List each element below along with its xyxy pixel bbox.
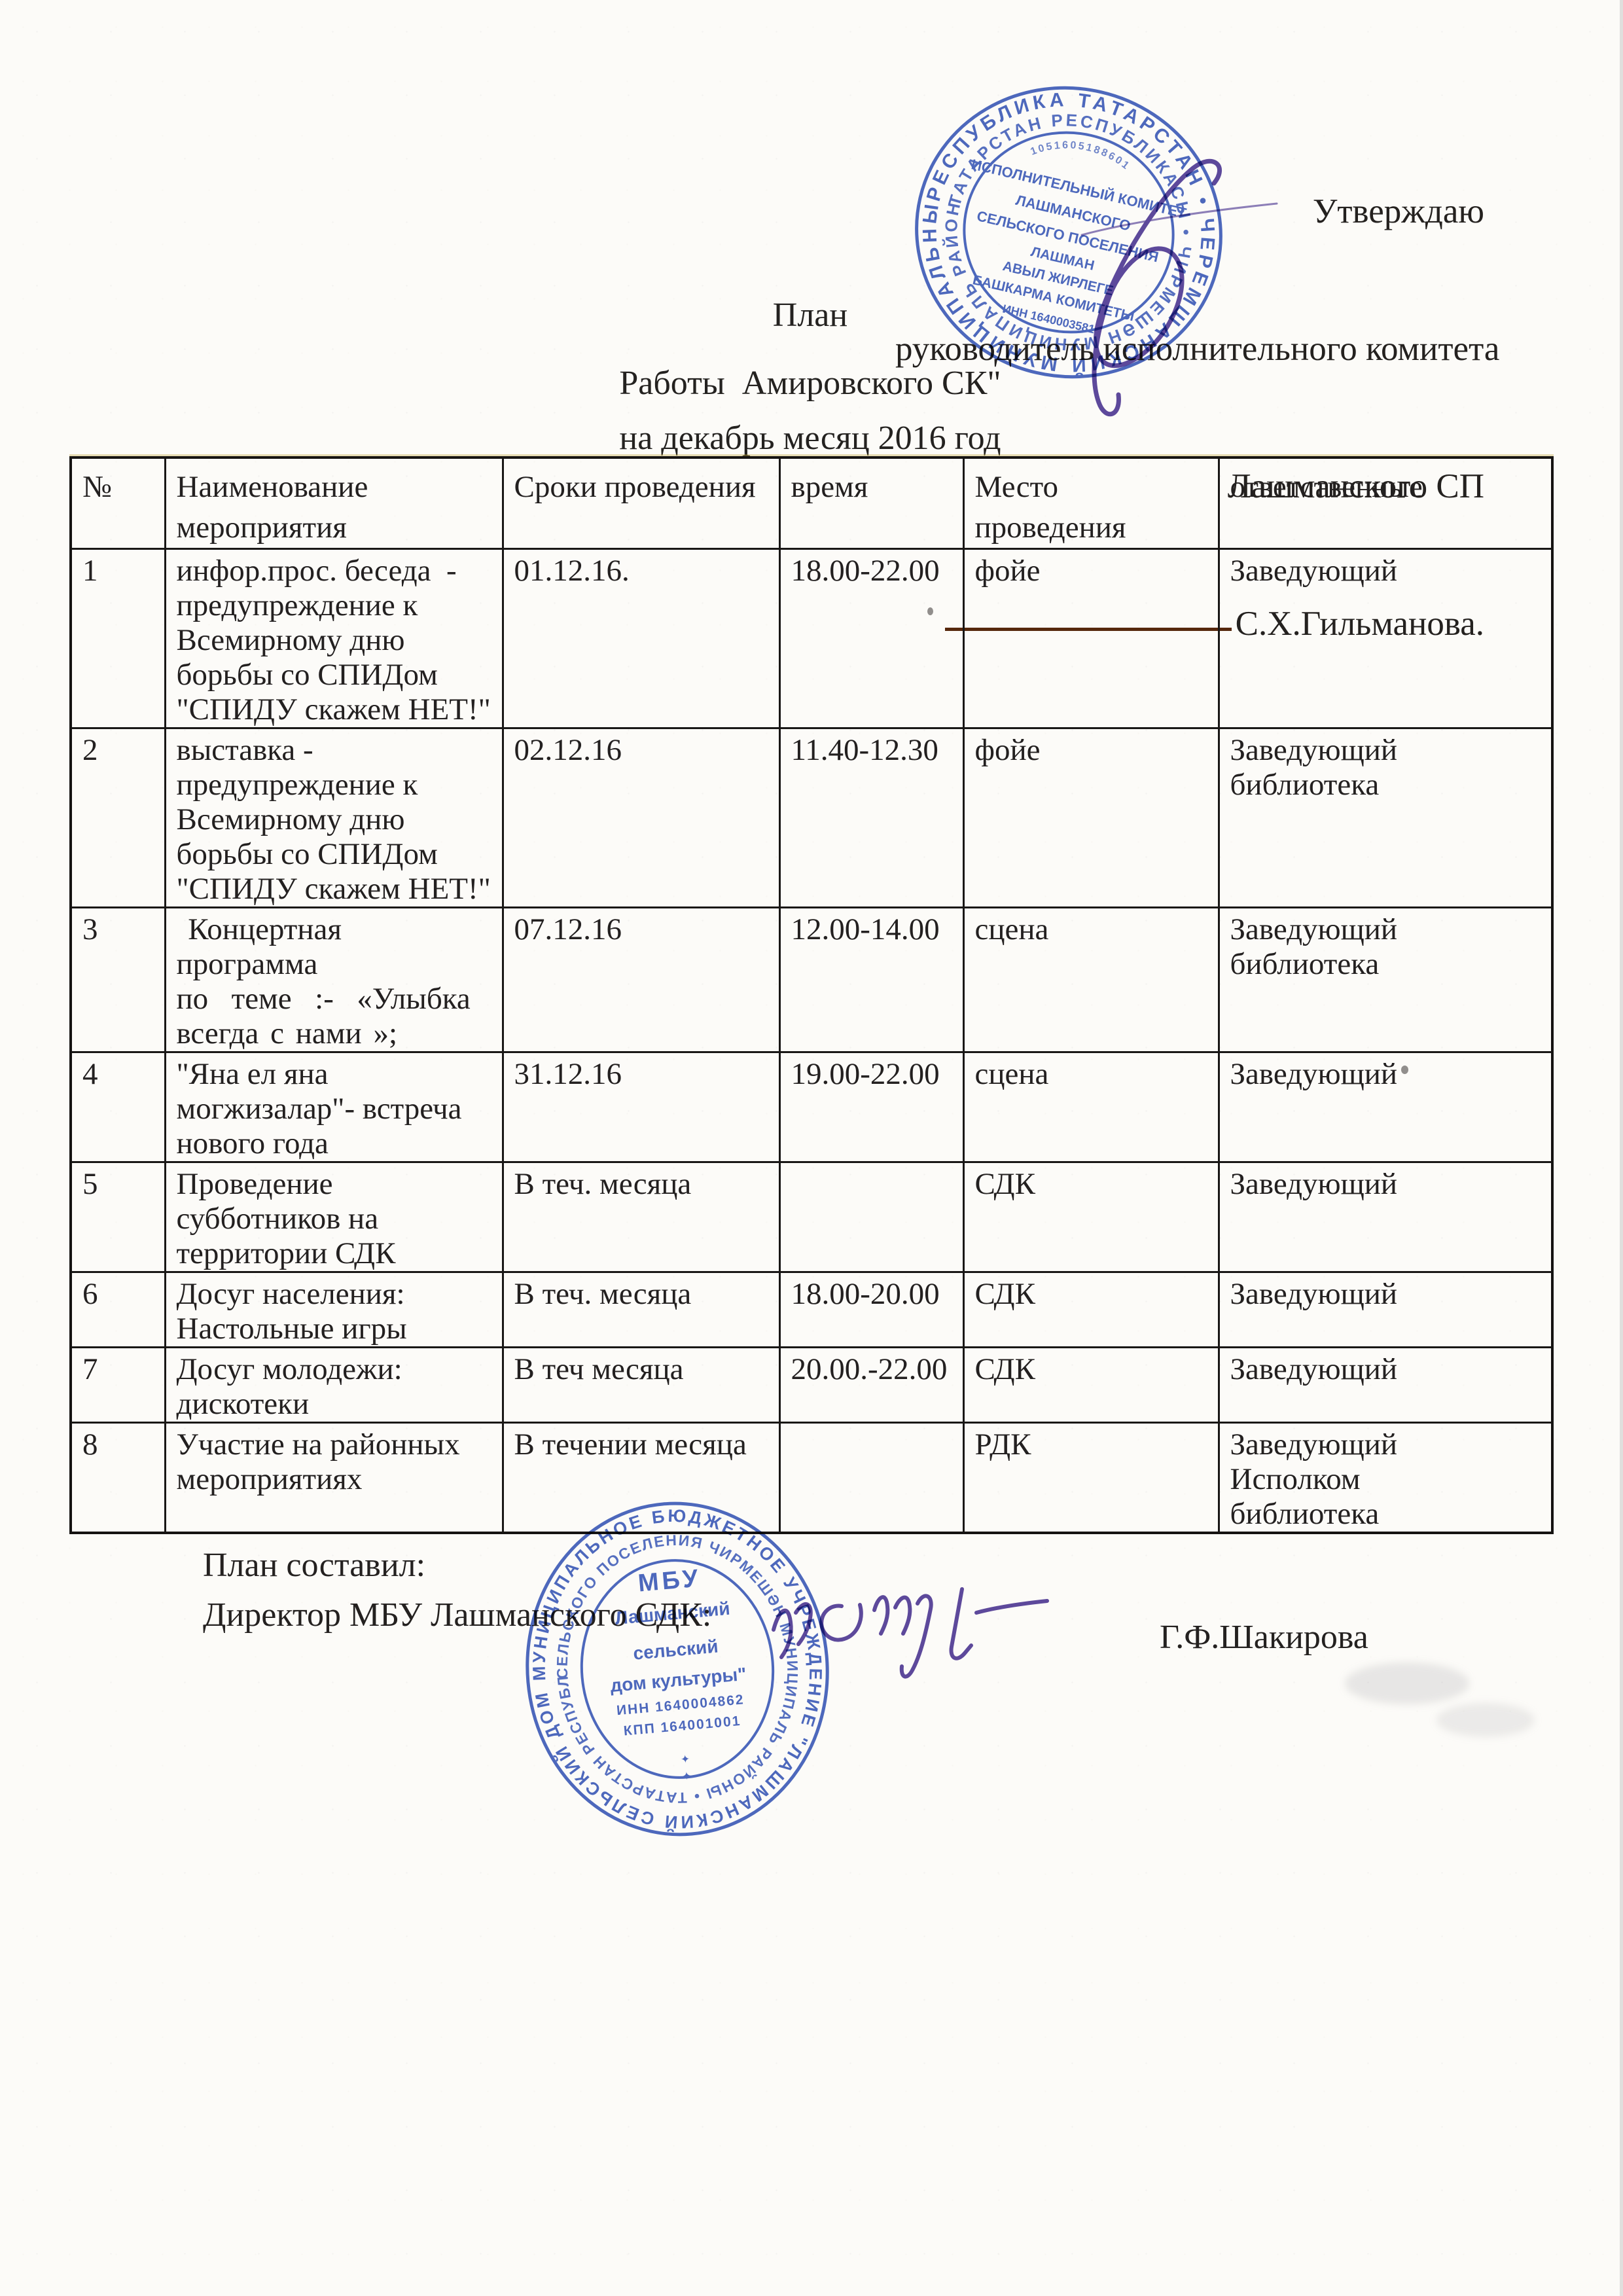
- cell-place: СДК: [963, 1272, 1219, 1348]
- table-header-row: № Наименование мероприятия Сроки проведе…: [71, 457, 1552, 549]
- footer-signer-name: Г.Ф.Шакирова: [1160, 1618, 1368, 1657]
- table-row: 2 выставка - предупреждение к Всемирному…: [71, 728, 1552, 908]
- cell-name: Участие на районных мероприятиях: [165, 1423, 503, 1534]
- cell-name: Проведение субботников на территории СДК: [165, 1162, 503, 1272]
- cell-num: 3: [71, 908, 165, 1052]
- director-signature: [746, 1570, 1054, 1687]
- document-title-line-3: на декабрь месяц 2016 год: [69, 419, 1551, 457]
- cell-time: 11.40-12.30: [779, 728, 963, 908]
- scan-smudge: [1436, 1703, 1535, 1737]
- footer-composed-by: План составил:: [203, 1546, 425, 1585]
- document-title-line-2: Работы Амировского СК": [69, 364, 1551, 403]
- scan-speck: [1401, 1066, 1408, 1074]
- cell-date: 07.12.16: [503, 908, 779, 1052]
- cell-resp: Заведующий: [1219, 1162, 1552, 1272]
- cell-name: Досуг населения: Настольные игры: [165, 1272, 503, 1348]
- cell-date: 01.12.16.: [503, 549, 779, 728]
- col-header-num: №: [71, 457, 165, 549]
- cell-num: 4: [71, 1052, 165, 1162]
- cell-num: 8: [71, 1423, 165, 1534]
- cell-resp: Заведующий: [1219, 549, 1552, 728]
- cell-num: 7: [71, 1348, 165, 1423]
- approver-signature: [1018, 147, 1293, 429]
- col-header-date: Сроки проведения: [503, 457, 779, 549]
- cell-name: инфор.прос. беседа - предупреждение к Вс…: [165, 549, 503, 728]
- cell-place: фойе: [963, 728, 1219, 908]
- col-header-name: Наименование мероприятия: [165, 457, 503, 549]
- cell-resp: Заведующий: [1219, 1052, 1552, 1162]
- cell-place: СДК: [963, 1162, 1219, 1272]
- cell-place: фойе: [963, 549, 1219, 728]
- cell-place: сцена: [963, 908, 1219, 1052]
- cell-date: 02.12.16: [503, 728, 779, 908]
- table-row: 7 Досуг молодежи: дискотеки В теч месяца…: [71, 1348, 1552, 1423]
- cell-place: СДК: [963, 1348, 1219, 1423]
- table-row: 4 "Яна ел яна могжизалар"- встреча новог…: [71, 1052, 1552, 1162]
- stamp-center-line: МБУ: [637, 1564, 702, 1597]
- table-row: 1 инфор.прос. беседа - предупреждение к …: [71, 549, 1552, 728]
- table-row: 3 Концертная программа по теме :- «Улыбк…: [71, 908, 1552, 1052]
- stamp-center-line: сельский: [632, 1636, 719, 1663]
- scan-edge-artifact: [1620, 0, 1623, 2296]
- cell-date: В теч. месяца: [503, 1272, 779, 1348]
- scan-smudge: [1345, 1662, 1469, 1704]
- col-header-resp: ответственные: [1219, 457, 1552, 549]
- cell-time: 18.00-20.00: [779, 1272, 963, 1348]
- cell-num: 2: [71, 728, 165, 908]
- cell-date: В теч. месяца: [503, 1162, 779, 1272]
- cell-date: В теч месяца: [503, 1348, 779, 1423]
- cell-place: РДК: [963, 1423, 1219, 1534]
- cell-name: выставка - предупреждение к Всемирному д…: [165, 728, 503, 908]
- stamp-center-line: дом культуры": [609, 1664, 747, 1696]
- stamp-center-line: Лашманский: [614, 1598, 730, 1628]
- cell-resp: Заведующий: [1219, 1272, 1552, 1348]
- cell-place: сцена: [963, 1052, 1219, 1162]
- document-title-line-1: План: [69, 296, 1551, 334]
- cell-time: 19.00-22.00: [779, 1052, 963, 1162]
- cell-time: 20.00.-22.00: [779, 1348, 963, 1423]
- cell-name: "Яна ел яна могжизалар"- встреча нового …: [165, 1052, 503, 1162]
- cell-name: Концертная программа по теме :- «Улыбка …: [165, 908, 503, 1052]
- plan-table: № Наименование мероприятия Сроки проведе…: [69, 456, 1554, 1534]
- col-header-place: Место проведения: [963, 457, 1219, 549]
- cell-time: 18.00-22.00: [779, 549, 963, 728]
- cell-time: [779, 1162, 963, 1272]
- cell-num: 1: [71, 549, 165, 728]
- stamp-diamond-mark: ✦: [680, 1753, 690, 1766]
- stamp-kpp-number: КПП 164001001: [623, 1713, 741, 1739]
- cell-date: 31.12.16: [503, 1052, 779, 1162]
- cell-resp: Заведующий Исполком библиотека: [1219, 1423, 1552, 1534]
- cell-resp: Заведующий: [1219, 1348, 1552, 1423]
- cell-num: 6: [71, 1272, 165, 1348]
- cell-name: Досуг молодежи: дискотеки: [165, 1348, 503, 1423]
- cell-resp: Заведующий библиотека: [1219, 728, 1552, 908]
- cell-num: 5: [71, 1162, 165, 1272]
- col-header-time: время: [779, 457, 963, 549]
- cell-time: 12.00-14.00: [779, 908, 963, 1052]
- cell-resp: Заведующий библиотека: [1219, 908, 1552, 1052]
- table-row: 6 Досуг населения: Настольные игры В теч…: [71, 1272, 1552, 1348]
- stamp-diamond-mark: ✦: [681, 1770, 692, 1783]
- table-row: 5 Проведение субботников на территории С…: [71, 1162, 1552, 1272]
- scanned-document-page: Утверждаю руководитель исполнительного к…: [0, 0, 1623, 2296]
- scan-speck: [927, 607, 933, 615]
